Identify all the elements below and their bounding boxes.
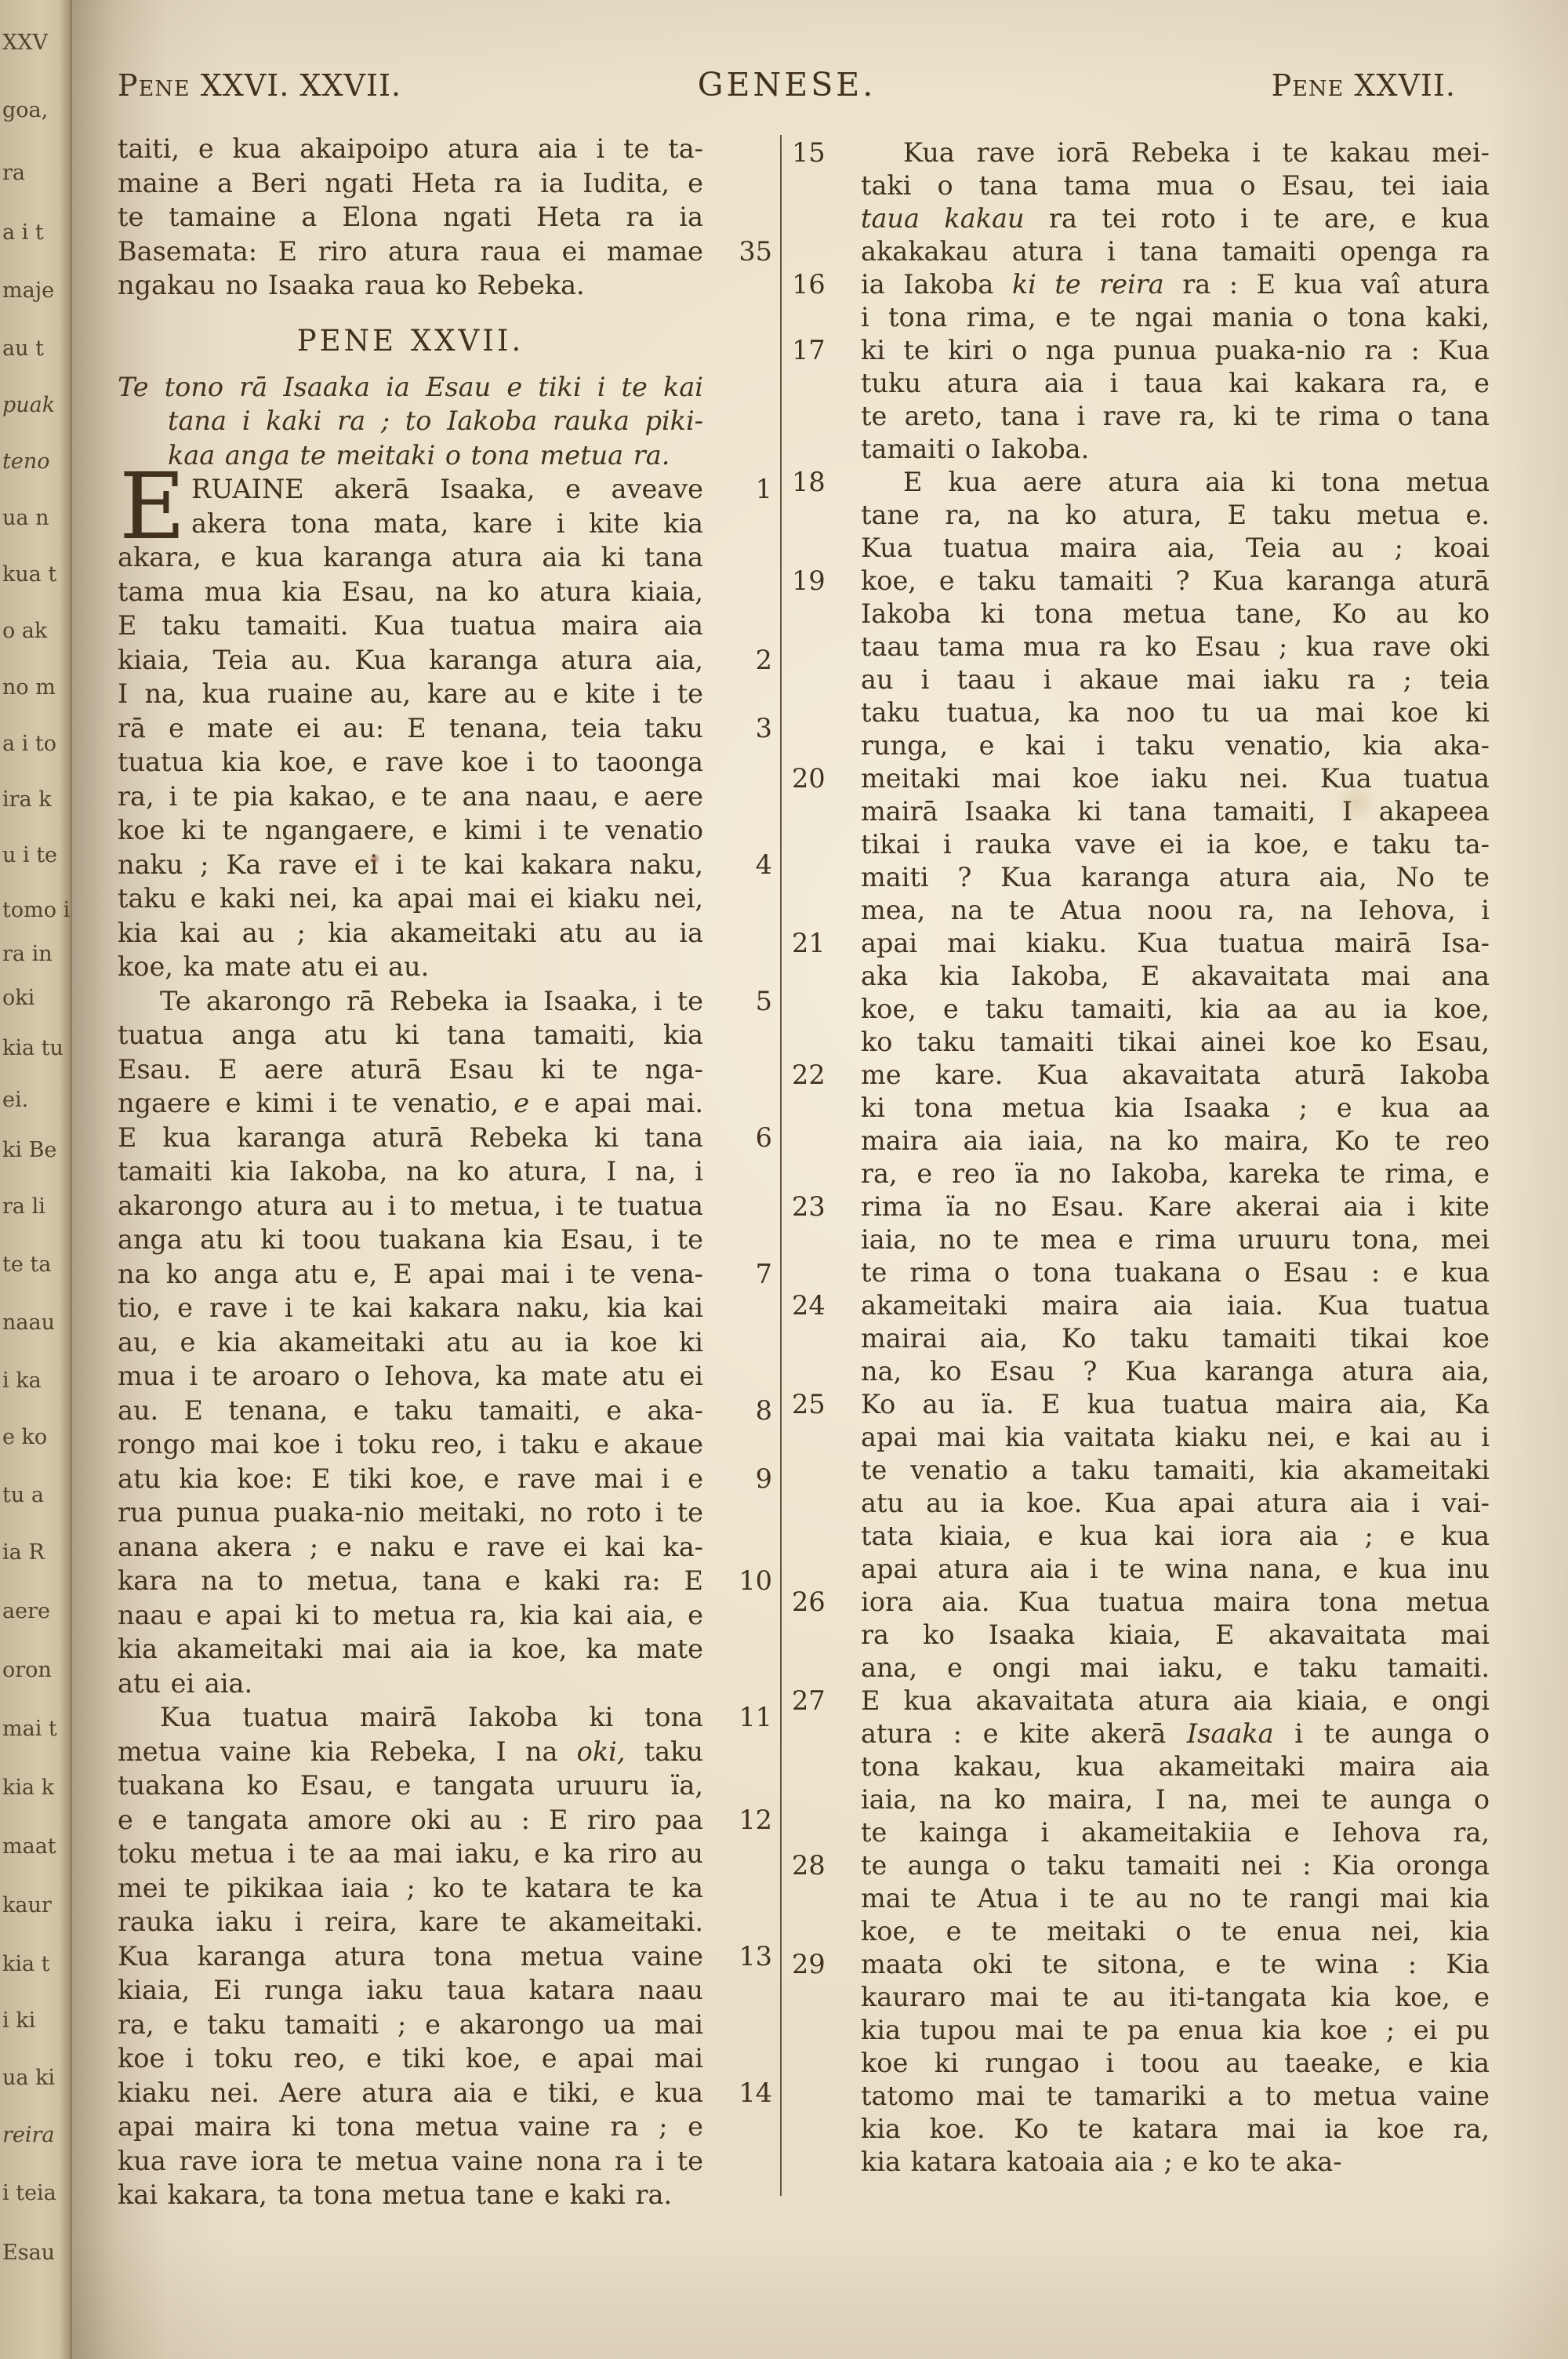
verse-number [790, 202, 861, 235]
verse-text: te aunga o taku tamaiti nei : Kia oronga [861, 1849, 1490, 1882]
text-line: 28te aunga o taku tamaiti nei : Kia oron… [790, 1849, 1490, 1882]
verse-text: koe ki te ngangaere, e kimi i te venatio [118, 813, 703, 848]
verse-text: rua punua puaka-nio meitaki, no roto i t… [118, 1496, 703, 1530]
text-line: ra ko Isaaka kiaia, E akavaitata mai [790, 1619, 1490, 1652]
text-line: kiaia, Ei runga iaku taua katara naau [118, 1973, 780, 2008]
text-line: koe ki rungao i toou au taeake, e kia [790, 2047, 1490, 2080]
text-line: 29maata oki te sitona, e te wina : Kia [790, 1948, 1490, 1981]
verse-number [790, 2146, 861, 2179]
text-line: ngaere e kimi i te venatio, e e apai mai… [118, 1086, 780, 1121]
verse-number [790, 1487, 861, 1520]
text-line: ki tona metua kia Isaaka ; e kua aa [790, 1092, 1490, 1125]
verse-number: 3 [703, 711, 780, 746]
verse-number: 26 [790, 1586, 861, 1619]
text-line: metua vaine kia Rebeka, I na oki, taku [118, 1735, 780, 1769]
verse-text: runga, e kai i taku venatio, kia aka- [861, 729, 1490, 762]
verse-number [703, 1223, 780, 1257]
verse-number [703, 438, 780, 473]
verse-number [703, 881, 780, 916]
verse-number [703, 1291, 780, 1325]
text-line: kia tupou mai te pa enua kia koe ; ei pu [790, 2014, 1490, 2047]
gutter-text-fragment: tu a [2, 1484, 70, 1507]
verse-text: aka kia Iakoba, E akavaitata mai ana [861, 960, 1490, 993]
text-line: 20meitaki mai koe iaku nei. Kua tuatua [790, 762, 1490, 795]
verse-number [790, 696, 861, 729]
verse-text: ra ko Isaaka kiaia, E akavaitata mai [861, 1619, 1490, 1652]
verse-text: iora aia. Kua tuatua maira tona metua [861, 1586, 1490, 1619]
verse-number [790, 433, 861, 466]
verse-number [790, 861, 861, 894]
verse-text: taku e kaki nei, ka apai mai ei kiaku ne… [118, 881, 703, 916]
verse-text: ra, e reo ïa no Iakoba, kareka te rima, … [861, 1158, 1490, 1190]
book-page-scan: { "page": { "ink": "#42311f", "paper": "… [0, 0, 1568, 2359]
verse-text: tane ra, na ko atura, E taku metua e. [861, 499, 1490, 532]
gutter-text-fragment: oron [2, 1659, 70, 1682]
text-line: na, ko Esau ? Kua karanga atura aia, [790, 1355, 1490, 1388]
verse-number: 11 [703, 1700, 780, 1735]
verse-number [703, 1018, 780, 1052]
verse-text: maira aia iaia, na ko maira, Ko te reo [861, 1125, 1490, 1158]
column-divider-rule [780, 135, 782, 2196]
verse-text: kia katara katoaia aia ; e ko te aka- [861, 2146, 1490, 2179]
verse-text: na ko anga atu e, E apai mai i te vena- [118, 1257, 703, 1292]
text-line: 25Ko au ïa. E kua tuatua maira aia, Ka [790, 1388, 1490, 1421]
verse-number [790, 1816, 861, 1849]
text-line: te kainga i akameitakiia e Iehova ra, [790, 1816, 1490, 1849]
verse-text: tatomo mai te tamariki a to metua vaine [861, 2080, 1490, 2113]
verse-text: iaia, na ko maira, I na, mei te aunga o [861, 1783, 1490, 1816]
text-line: ngakau no Isaaka raua ko Rebeka. [118, 268, 780, 303]
verse-text: atu au ia koe. Kua apai atura aia i vai- [861, 1487, 1490, 1520]
verse-text: me kare. Kua akavaitata aturā Iakoba [861, 1059, 1490, 1092]
verse-number [703, 745, 780, 780]
text-line: tatomo mai te tamariki a to metua vaine [790, 2080, 1490, 2113]
running-head: Pene XXVI. XXVII. GENESE. Pene XXVII. [118, 66, 1494, 104]
verse-text: au, e kia akameitaki atu au ia koe ki [118, 1325, 703, 1360]
text-line: atura : e kite akerā Isaaka i te aunga o [790, 1717, 1490, 1750]
drop-cap: E [119, 475, 188, 543]
verse-number [790, 1223, 861, 1256]
text-line: taau tama mua ra ko Esau ; kua rave oki [790, 631, 1490, 663]
text-line: akera tona mata, kare i kite kia [118, 507, 780, 541]
verse-number [703, 1427, 780, 1462]
verse-text: kiaku nei. Aere atura aia e tiki, e kua [118, 2076, 703, 2110]
verse-number [703, 2144, 780, 2179]
text-line: kaa anga te meitaki o tona metua ra. [118, 438, 780, 473]
text-line: I na, kua ruaine au, kare au e kite i te [118, 677, 780, 711]
verse-text: anga atu ki toou tuakana kia Esau, i te [118, 1223, 703, 1257]
verse-text: ana, e ongi mai iaku, e taku tamaiti. [861, 1652, 1490, 1685]
verse-text: Ko au ïa. E kua tuatua maira aia, Ka [861, 1388, 1490, 1421]
gutter-text-fragment: reira [2, 2124, 70, 2147]
verse-number [790, 1981, 861, 2014]
verse-number [790, 1322, 861, 1355]
verse-number: 24 [790, 1289, 861, 1322]
text-line: 24akameitaki maira aia iaia. Kua tuatua [790, 1289, 1490, 1322]
verse-text: rima ïa no Esau. Kare akerai aia i kite [861, 1190, 1490, 1223]
verse-number [790, 1652, 861, 1685]
gutter-text-fragment: kia t [2, 1953, 70, 1976]
running-head-title: GENESE. [564, 66, 1010, 104]
verse-number [703, 1905, 780, 1939]
verse-number [790, 2080, 861, 2113]
verse-number [790, 1125, 861, 1158]
verse-number [703, 780, 780, 814]
text-line: 16ia Iakoba ki te reira ra : E kua vaî a… [790, 268, 1490, 301]
verse-number [790, 2014, 861, 2047]
verse-text: kai kakara, ta tona metua tane e kaki ra… [118, 2178, 703, 2212]
verse-number [703, 1598, 780, 1633]
text-line: tuku atura aia i taua kai kakara ra, e [790, 367, 1490, 400]
text-line: anga atu ki toou tuakana kia Esau, i te [118, 1223, 780, 1257]
verse-text: iaia, no te mea e rima uruuru tona, mei [861, 1223, 1490, 1256]
text-line: runga, e kai i taku venatio, kia aka- [790, 729, 1490, 762]
gutter-text-fragment: XXV [2, 31, 70, 55]
text-line: ra, e taku tamaiti ; e akarongo ua mai [118, 2008, 780, 2042]
verse-number [703, 677, 780, 711]
book-gutter-previous-page-edge: XXVgoa,raa i tmajeau tpuaktenoua nkua to… [0, 0, 72, 2359]
text-line: rua punua puaka-nio meitaki, no roto i t… [118, 1496, 780, 1530]
verse-text: kiaia, Teia au. Kua karanga atura aia, [118, 643, 703, 678]
verse-text: PENE XXVII. [118, 323, 703, 359]
text-line: akarongo atura au i to metua, i te tuatu… [118, 1189, 780, 1223]
verse-number [703, 1973, 780, 2008]
verse-text: te venatio a taku tamaiti, kia akameitak… [861, 1454, 1490, 1487]
gutter-text-fragment: te ta [2, 1253, 70, 1277]
gutter-text-fragment: maje [2, 279, 70, 303]
text-line: 35Basemata: E riro atura raua ei mamae [118, 234, 780, 269]
verse-number [703, 507, 780, 541]
text-line: kia katara katoaia aia ; e ko te aka- [790, 2146, 1490, 2179]
verse-number [790, 1355, 861, 1388]
verse-number [703, 1189, 780, 1223]
text-line: 21apai mai kiaku. Kua tuatua mairā Isa- [790, 927, 1490, 960]
text-line: 19koe, e taku tamaiti ? Kua karanga atur… [790, 565, 1490, 598]
verse-number: 18 [790, 466, 861, 499]
text-line: te venatio a taku tamaiti, kia akameitak… [790, 1454, 1490, 1487]
text-line: i tona rima, e te ngai mania o tona kaki… [790, 301, 1490, 334]
gutter-text-fragment: a i t [2, 221, 70, 245]
verse-text: koe ki rungao i toou au taeake, e kia [861, 2047, 1490, 2080]
text-line: iaia, na ko maira, I na, mei te aunga o [790, 1783, 1490, 1816]
verse-number [703, 813, 780, 848]
verse-number: 23 [790, 1190, 861, 1223]
verse-number [790, 1915, 861, 1948]
text-line: atu au ia koe. Kua apai atura aia i vai- [790, 1487, 1490, 1520]
verse-number: 35 [703, 234, 780, 269]
gutter-text-fragment: Esau [2, 2241, 70, 2265]
verse-number: 27 [790, 1685, 861, 1717]
verse-number: 15 [790, 136, 861, 169]
verse-text: taku tuatua, ka noo tu ua mai koe ki [861, 696, 1490, 729]
verse-number [703, 2041, 780, 2076]
text-line: rauka iaku i reira, kare te akameitaki. [118, 1905, 780, 1939]
verse-number: 1 [703, 472, 780, 507]
verse-text: naku ; Ka rave ei i te kai kakara naku, [118, 848, 703, 882]
verse-text: Basemata: E riro atura raua ei mamae [118, 234, 703, 269]
text-line: akakakau atura i tana tamaiti openga ra [790, 235, 1490, 268]
verse-text: atu kia koe: E tiki koe, e rave mai i e [118, 1462, 703, 1496]
verse-text: tuatua anga atu ki tana tamaiti, kia [118, 1018, 703, 1052]
text-line: 26iora aia. Kua tuatua maira tona metua [790, 1586, 1490, 1619]
verse-number [790, 1750, 861, 1783]
text-line: Te tono rā Isaaka ia Esau e tiki i te ka… [118, 370, 780, 405]
verse-number [790, 235, 861, 268]
verse-text: rā e mate ei au: E tenana, teia taku [118, 711, 703, 746]
verse-text: kia akameitaki mai aia ia koe, ka mate [118, 1632, 703, 1667]
verse-text: ko taku tamaiti tikai ainei koe ko Esau, [861, 1026, 1490, 1059]
verse-number [790, 367, 861, 400]
verse-text: koe, e taku tamaiti, kia aa au ia koe, [861, 993, 1490, 1026]
text-line: 6E kua karanga aturā Rebeka ki tana [118, 1121, 780, 1155]
verse-text: tana i kaki ra ; to Iakoba rauka piki- [118, 404, 703, 438]
verse-number: 4 [703, 848, 780, 882]
verse-text: maata oki te sitona, e te wina : Kia [861, 1948, 1490, 1981]
verse-text: kia kai au ; kia akameitaki atu au ia [118, 916, 703, 951]
gutter-text-fragment: ua ki [2, 2066, 70, 2090]
text-line: tuakana ko Esau, e tangata uruuru ïa, [118, 1768, 780, 1803]
verse-text: E kua aere atura aia ki tona metua [861, 466, 1490, 499]
verse-text: kia tupou mai te pa enua kia koe ; ei pu [861, 2014, 1490, 2047]
verse-number [703, 1837, 780, 1871]
verse-text: i tona rima, e te ngai mania o tona kaki… [861, 301, 1490, 334]
gutter-text-fragment: kaur [2, 1894, 70, 1917]
text-line: akara, e kua karanga atura aia ki tana [118, 540, 780, 575]
text-line: koe, e te meitaki o te enua nei, kia [790, 1915, 1490, 1948]
text-line: tana i kaki ra ; to Iakoba rauka piki- [118, 404, 780, 438]
verse-number [790, 1717, 861, 1750]
verse-text: apai atura aia i te wina nana, e kua inu [861, 1553, 1490, 1586]
text-line: au i taau i akaue mai iaku ra ; teia [790, 663, 1490, 696]
text-line: iaia, no te mea e rima uruuru tona, mei [790, 1223, 1490, 1256]
verse-number [790, 663, 861, 696]
verse-number [790, 598, 861, 631]
verse-text: au. E tenana, e taku tamaiti, e aka- [118, 1394, 703, 1428]
gutter-text-fragment: mai t [2, 1717, 70, 1741]
verse-text: tuku atura aia i taua kai kakara ra, e [861, 367, 1490, 400]
verse-number [790, 400, 861, 433]
verse-number: 10 [703, 1564, 780, 1598]
text-line: 27E kua akavaitata atura aia kiaia, e on… [790, 1685, 1490, 1717]
verse-text: E taku tamaiti. Kua tuatua maira aia [118, 609, 703, 643]
gutter-text-fragment: o ak [2, 620, 70, 643]
verse-number [790, 2047, 861, 2080]
verse-text: kara na to metua, tana e kaki ra: E [118, 1564, 703, 1598]
column-left: E taiti, e kua akaipoipo atura aia i te … [118, 132, 780, 2212]
text-line: 13Kua karanga atura tona metua vaine [118, 1939, 780, 1974]
verse-number [790, 1158, 861, 1190]
verse-text: tona kakau, kua akameitaki maira aia [861, 1750, 1490, 1783]
verse-text: e e tangata amore oki au : E riro paa [118, 1803, 703, 1837]
running-head-left: Pene XXVI. XXVII. [118, 68, 564, 103]
verse-number [703, 950, 780, 984]
gutter-text-fragment: i ka [2, 1369, 70, 1393]
verse-number [790, 828, 861, 861]
verse-text: akarongo atura au i to metua, i te tuatu… [118, 1189, 703, 1223]
gutter-text-fragment: ra li [2, 1195, 70, 1219]
verse-text: E kua karanga aturā Rebeka ki tana [118, 1121, 703, 1155]
verse-text: Kua rave iorā Rebeka i te kakau mei- [861, 136, 1490, 169]
verse-text: Esau. E aere aturā Esau ki te nga- [118, 1052, 703, 1087]
gutter-text-fragment: ki Be [2, 1139, 70, 1162]
verse-number: 20 [790, 762, 861, 795]
gutter-text-fragment: maat [2, 1835, 70, 1859]
gutter-text-fragment: puak [2, 394, 70, 417]
text-line: kai kakara, ta tona metua tane e kaki ra… [118, 2178, 780, 2212]
text-line: naau e apai ki to metua ra, kia kai aia,… [118, 1598, 780, 1633]
verse-number: 16 [790, 268, 861, 301]
text-line: apai mai kia vaitata kiaku nei, e kai au… [790, 1421, 1490, 1454]
verse-number: 9 [703, 1462, 780, 1496]
verse-text: I na, kua ruaine au, kare au e kite i te [118, 677, 703, 711]
verse-text: mairā Isaaka ki tana tamaiti, I akapeea [861, 795, 1490, 828]
verse-number [703, 1496, 780, 1530]
verse-number: 13 [703, 1939, 780, 1974]
verse-text: ra, e taku tamaiti ; e akarongo ua mai [118, 2008, 703, 2042]
verse-number [790, 169, 861, 202]
text-line: taku e kaki nei, ka apai mai ei kiaku ne… [118, 881, 780, 916]
verse-number [790, 1256, 861, 1289]
verse-number [703, 1871, 780, 1906]
verse-number [703, 1325, 780, 1360]
text-line: koe ki te ngangaere, e kimi i te venatio [118, 813, 780, 848]
verse-text: akameitaki maira aia iaia. Kua tuatua [861, 1289, 1490, 1322]
verse-text: te kainga i akameitakiia e Iehova ra, [861, 1816, 1490, 1849]
text-line: 14kiaku nei. Aere atura aia e tiki, e ku… [118, 2076, 780, 2110]
verse-text: Te tono rā Isaaka ia Esau e tiki i te ka… [118, 370, 703, 405]
text-line: apai atura aia i te wina nana, e kua inu [790, 1553, 1490, 1586]
verse-number [790, 1553, 861, 1586]
verse-number [703, 132, 780, 166]
text-line: tio, e rave i te kai kakara naku, kia ka… [118, 1291, 780, 1325]
verse-number [703, 575, 780, 609]
verse-number [703, 1154, 780, 1189]
verse-number [703, 1667, 780, 1701]
verse-text: naau e apai ki to metua ra, kia kai aia,… [118, 1598, 703, 1633]
verse-number [790, 532, 861, 565]
verse-text: koe, e taku tamaiti ? Kua karanga aturā [861, 565, 1490, 598]
text-line: taiti, e kua akaipoipo atura aia i te ta… [118, 132, 780, 166]
text-line: kauraro mai te au iti-tangata kia koe, e [790, 1981, 1490, 2014]
text-line: tuatua anga atu ki tana tamaiti, kia [118, 1018, 780, 1052]
verse-text: maiti ? Kua karanga atura aia, No te [861, 861, 1490, 894]
verse-number [703, 268, 780, 303]
verse-number [703, 1052, 780, 1087]
text-line: kua rave iora te metua vaine nona ra i t… [118, 2144, 780, 2179]
verse-text: Iakoba ki tona metua tane, Ko au ko [861, 598, 1490, 631]
gutter-text-fragment: ia R [2, 1541, 70, 1565]
verse-number [703, 916, 780, 951]
verse-text: au i taau i akaue mai iaku ra ; teia [861, 663, 1490, 696]
verse-number [703, 2110, 780, 2144]
verse-number [790, 993, 861, 1026]
verse-number [703, 370, 780, 405]
verse-text: kiaia, Ei runga iaku taua katara naau [118, 1973, 703, 2008]
gutter-text-fragment: ra in [2, 943, 70, 966]
text-line: te areto, tana i rave ra, ki te rima o t… [790, 400, 1490, 433]
verse-text: tama mua kia Esau, na ko atura kiaia, [118, 575, 703, 609]
verse-number: 21 [790, 927, 861, 960]
verse-number: 6 [703, 1121, 780, 1155]
verse-number: 7 [703, 1257, 780, 1292]
text-line: taki o tana tama mua o Esau, tei iaia [790, 169, 1490, 202]
text-line: ko taku tamaiti tikai ainei koe ko Esau, [790, 1026, 1490, 1059]
gutter-text-fragment: goa, [2, 99, 70, 122]
verse-number [790, 894, 861, 927]
verse-text: tikai i rauka vave ei ia koe, e taku ta- [861, 828, 1490, 861]
text-line: Esau. E aere aturā Esau ki te nga- [118, 1052, 780, 1087]
text-line: kia koe. Ko te katara mai ia koe ra, [790, 2113, 1490, 2146]
text-line: ana, e ongi mai iaku, e taku tamaiti. [790, 1652, 1490, 1685]
verse-text: mei te pikikaa iaia ; ko te katara te ka [118, 1871, 703, 1906]
verse-number: 17 [790, 334, 861, 367]
text-line: apai maira ki tona metua vaine ra ; e [118, 2110, 780, 2144]
verse-text: koe, e te meitaki o te enua nei, kia [861, 1915, 1490, 1948]
gutter-text-fragment: ei. [2, 1089, 70, 1112]
text-line: tona kakau, kua akameitaki maira aia [790, 1750, 1490, 1783]
gutter-text-fragment: i teia [2, 2182, 70, 2205]
gutter-text-fragment: aere [2, 1600, 70, 1623]
text-line: mairai aia, Ko taku tamaiti tikai koe [790, 1322, 1490, 1355]
text-line: ra, e reo ïa no Iakoba, kareka te rima, … [790, 1158, 1490, 1190]
verse-text: Te akarongo rā Rebeka ia Isaaka, i te [118, 984, 703, 1019]
verse-number [703, 2178, 780, 2212]
verse-text: kauraro mai te au iti-tangata kia koe, e [861, 1981, 1490, 2014]
verse-number [790, 301, 861, 334]
text-line: 7na ko anga atu e, E apai mai i te vena- [118, 1257, 780, 1292]
text-line: koe, e taku tamaiti, kia aa au ia koe, [790, 993, 1490, 1026]
verse-number [790, 1520, 861, 1553]
text-line: te rima o tona tuakana o Esau : e kua [790, 1256, 1490, 1289]
verse-number [790, 1092, 861, 1125]
text-line: mai te Atua i te au no te rangi mai kia [790, 1882, 1490, 1915]
text-line: kia akameitaki mai aia ia koe, ka mate [118, 1632, 780, 1667]
verse-text: anana akera ; e naku e rave ei kai ka- [118, 1530, 703, 1565]
verse-text: ia Iakoba ki te reira ra : E kua vaî atu… [861, 268, 1490, 301]
gutter-text-fragment: au t [2, 337, 70, 361]
verse-number [790, 1783, 861, 1816]
verse-number: 5 [703, 984, 780, 1019]
text-line: taku tuatua, ka noo tu ua mai koe ki [790, 696, 1490, 729]
text-line: taua kakau ra tei roto i te are, e kua [790, 202, 1490, 235]
text-line: Iakoba ki tona metua tane, Ko au ko [790, 598, 1490, 631]
verse-number [790, 1882, 861, 1915]
verse-text: E kua akavaitata atura aia kiaia, e ongi [861, 1685, 1490, 1717]
text-line: 12e e tangata amore oki au : E riro paa [118, 1803, 780, 1837]
verse-number: 8 [703, 1394, 780, 1428]
text-line: atu ei aia. [118, 1667, 780, 1701]
text-line: anana akera ; e naku e rave ei kai ka- [118, 1530, 780, 1565]
verse-text: Kua tuatua maira aia, Teia au ; koai [861, 532, 1490, 565]
verse-number [703, 1086, 780, 1121]
verse-number: 14 [703, 2076, 780, 2110]
verse-number [790, 499, 861, 532]
gutter-text-fragment: tomo i [2, 899, 70, 922]
verse-number: 19 [790, 565, 861, 598]
gutter-text-fragment: i ki [2, 2009, 70, 2033]
verse-text: ki tona metua kia Isaaka ; e kua aa [861, 1092, 1490, 1125]
gutter-text-fragment: e ko [2, 1426, 70, 1449]
verse-text: ngaere e kimi i te venatio, e e apai mai… [118, 1086, 703, 1121]
verse-text: toku metua i te aa mai iaku, e ka riro a… [118, 1837, 703, 1871]
verse-number [790, 1421, 861, 1454]
gutter-text-fragment: oki [2, 987, 70, 1010]
verse-number [703, 1735, 780, 1769]
verse-text: ra, i te pia kakao, e te ana naau, e aer… [118, 780, 703, 814]
verse-number [703, 404, 780, 438]
verse-text: taua kakau ra tei roto i te are, e kua [861, 202, 1490, 235]
verse-number [790, 1619, 861, 1652]
